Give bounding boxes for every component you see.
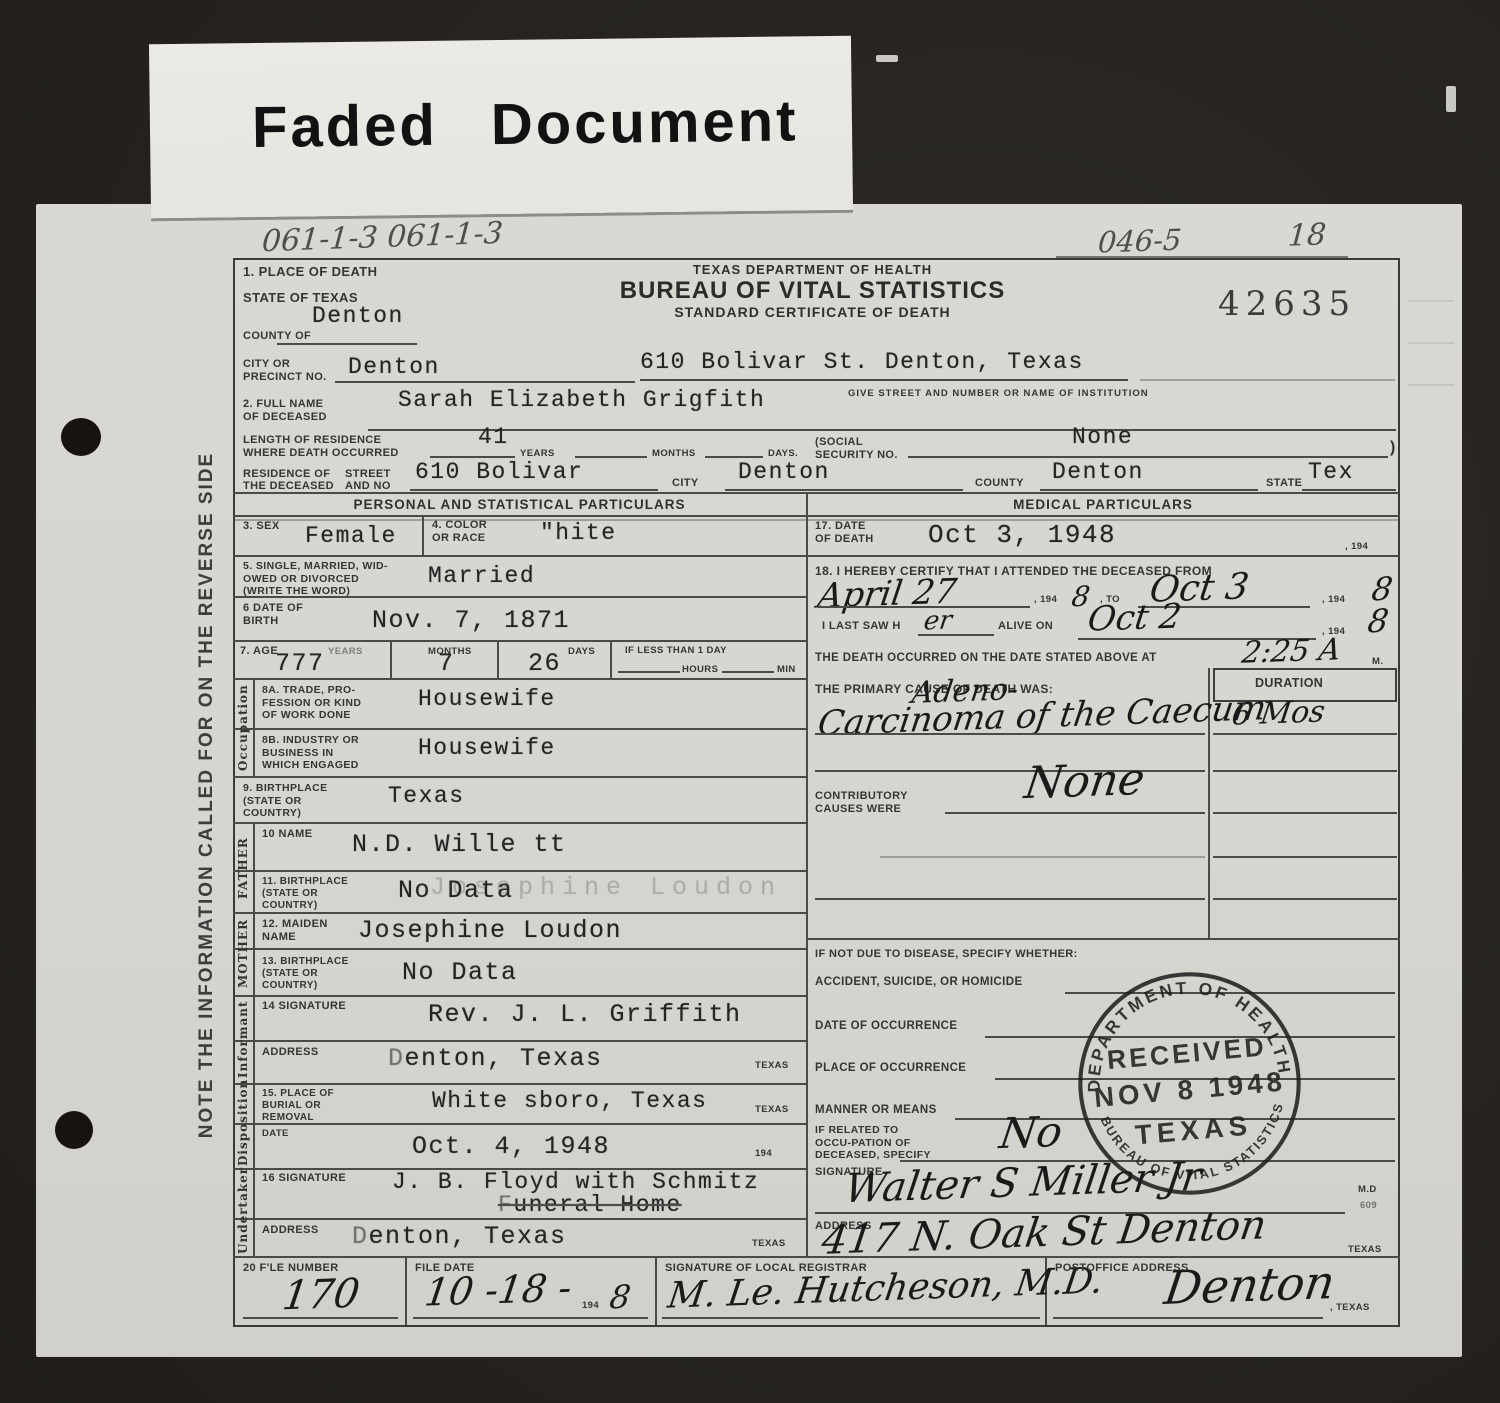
postoffice-value-hw: Denton	[1161, 1255, 1338, 1315]
informant-address-label: ADDRESS	[262, 1046, 319, 1059]
city-value: Denton	[348, 354, 440, 380]
date-of-death-value: Oct 3, 1948	[928, 520, 1116, 550]
occupation-b-value: Housewife	[418, 735, 556, 761]
race-label: 4. COLOR OR RACE	[432, 519, 494, 545]
duration-line	[1213, 856, 1397, 858]
to-194: , 194	[1322, 594, 1345, 605]
stamp-texas-text: TEXAS	[1134, 1109, 1254, 1150]
personal-section-title: PERSONAL AND STATISTICAL PARTICULARS	[233, 497, 806, 512]
residence-street-value: 610 Bolivar	[415, 459, 583, 485]
dept-of-health-title: TEXAS DEPARTMENT OF HEALTH	[590, 262, 1035, 278]
ssn-close-paren: )	[1390, 438, 1396, 457]
row-line	[233, 822, 806, 824]
from-194: , 194	[1034, 594, 1057, 605]
ssn-line	[908, 456, 1388, 458]
sidebar-occupation-label: Occupation	[236, 682, 252, 774]
birthplace-value: Texas	[388, 783, 465, 809]
years-label: YEARS	[520, 448, 555, 459]
hole-punch-top	[61, 418, 101, 456]
faded-document-slip: Faded Document	[149, 36, 853, 219]
sidebar-divider-occupation	[253, 678, 255, 776]
city-precinct-label: CITY OR PRECINCT NO.	[243, 358, 335, 384]
burial-place-value: White sboro, Texas	[432, 1088, 707, 1114]
marital-label: 5. SINGLE, MARRIED, WID-OWED OR DIVORCED…	[243, 560, 391, 598]
undertaker-signature-label: 16 SIGNATURE	[262, 1172, 346, 1185]
undertaker-address-label: ADDRESS	[262, 1224, 319, 1237]
duration-line	[1213, 812, 1397, 814]
date-of-occurrence-label: DATE OF OCCURRENCE	[815, 1020, 957, 1034]
sidebar-undertaker-label: Undertaker	[236, 1170, 252, 1254]
place-of-death-label: 1. PLACE OF DEATH	[243, 264, 377, 280]
cause-line	[815, 733, 1205, 735]
age-label: 7. AGE	[240, 645, 278, 658]
cause-line	[815, 770, 1205, 772]
months-line	[575, 456, 647, 458]
accident-suicide-label: ACCIDENT, SUICIDE, OR HOMICIDE	[815, 976, 1023, 990]
related-occupation-label: IF RELATED TO OCCU-PATION OF DECEASED, S…	[815, 1124, 937, 1162]
length-of-residence-label: LENGTH OF RESIDENCE WHERE DEATH OCCURRED	[243, 434, 423, 460]
sex-value: Female	[305, 523, 397, 549]
row-line	[233, 995, 806, 997]
scan-speck	[876, 55, 898, 62]
related-value-hw: No	[997, 1107, 1066, 1158]
received-stamp: DEPARTMENT OF HEALTH BUREAU OF VITAL STA…	[1051, 945, 1327, 1221]
bleedthrough-line	[1408, 300, 1454, 302]
certificate-header: TEXAS DEPARTMENT OF HEALTH BUREAU OF VIT…	[590, 262, 1035, 321]
date-of-death-194: , 194	[1345, 541, 1368, 552]
file-date-value-hw: 10 -18 -	[422, 1265, 575, 1314]
pencil-annotation-right: 046-5	[1097, 222, 1183, 259]
residence-street-line	[410, 489, 658, 491]
duration-line	[1213, 770, 1397, 772]
certificate-serial-number: 42635	[1218, 284, 1356, 324]
informant-address-value: Denton, Texas	[388, 1044, 603, 1073]
street-hint-label: GIVE STREET AND NUMBER OR NAME OF INSTIT…	[848, 388, 1149, 399]
registrar-line	[662, 1317, 1040, 1319]
sidebar-divider-groups	[253, 822, 255, 1256]
duration-value-hw: 6 Mos	[1230, 694, 1328, 732]
contributory-value-hw: None	[1021, 754, 1148, 809]
occupation-a-label: 8A. TRADE, PRO-FESSION OR KIND OF WORK D…	[262, 684, 374, 722]
occupation-a-value: Housewife	[418, 686, 556, 712]
bureau-title: BUREAU OF VITAL STATISTICS	[590, 278, 1035, 304]
scanned-document-background: NOTE THE INFORMATION CALLED FOR ON THE R…	[0, 0, 1500, 1403]
burial-date-value: Oct. 4, 1948	[412, 1132, 610, 1161]
residence-city-line	[725, 489, 963, 491]
age-years-caption: YEARS	[328, 646, 363, 657]
if-not-disease-label: IF NOT DUE TO DISEASE, SPECIFY WHETHER:	[815, 948, 1078, 961]
city-writing-line	[335, 381, 635, 383]
age-divider3	[610, 640, 612, 678]
from-line	[818, 606, 1030, 608]
dob-value: Nov. 7, 1871	[372, 606, 570, 635]
row-line	[233, 1218, 806, 1220]
sidebar-father-label: FATHER	[236, 826, 252, 910]
row-line	[808, 555, 1400, 557]
residence-county-label: COUNTY	[975, 477, 1024, 490]
pencil-annotation-right2: 18	[1287, 217, 1328, 253]
file-date-line	[413, 1317, 648, 1319]
hours-label: HOURS	[682, 664, 718, 675]
hole-punch-bottom	[55, 1111, 93, 1149]
father-birthplace-value: No Data	[398, 876, 514, 905]
bleedthrough-line	[1408, 384, 1454, 386]
column-divider	[806, 492, 808, 1256]
duration-line	[1213, 733, 1397, 735]
father-name-label: 10 NAME	[262, 828, 312, 841]
age-years-value: 777	[275, 649, 325, 678]
county-of-label: COUNTY OF	[243, 330, 311, 343]
burial-date-label: DATE	[262, 1128, 289, 1139]
row-line	[233, 870, 806, 872]
months-label: MONTHS	[652, 448, 696, 459]
mother-birthplace-label: 13. BIRTHPLACE (STATE OR COUNTRY)	[262, 956, 357, 992]
informant-signature-value: Rev. J. L. Griffith	[428, 1000, 742, 1029]
cause-section-bottom-line	[808, 938, 1400, 940]
death-occurred-label: THE DEATH OCCURRED ON THE DATE STATED AB…	[815, 652, 1157, 666]
row-line	[233, 678, 806, 680]
standard-certificate-title: STANDARD CERTIFICATE OF DEATH	[590, 304, 1035, 321]
years-line	[430, 456, 515, 458]
residence-state-label: STATE	[1266, 477, 1302, 490]
footer-divider1	[405, 1256, 407, 1325]
row-line	[233, 948, 806, 950]
faded-document-title: Faded Document	[252, 92, 799, 157]
street-writing-line	[640, 379, 1128, 381]
full-name-label: 2. FULL NAME OF DECEASED	[243, 398, 335, 424]
death-time-value: 2:25 A	[1240, 632, 1343, 671]
bleedthrough-line	[1408, 342, 1454, 344]
sex-label: 3. SEX	[243, 520, 280, 533]
date-of-death-label: 17. DATE OF DEATH	[815, 520, 885, 546]
sidebar-mother-label: MOTHER	[236, 914, 252, 993]
md-label: M.D	[1358, 1184, 1377, 1195]
race-value: "hite	[540, 520, 617, 546]
file-number-line	[243, 1317, 398, 1319]
if-less-label: IF LESS THAN 1 DAY	[625, 645, 727, 656]
mother-maiden-value: Josephine Loudon	[358, 916, 622, 945]
age-days-value: 26	[528, 649, 561, 678]
band-bottom-line	[233, 515, 1400, 517]
undertaker-address-texas: TEXAS	[752, 1238, 786, 1249]
file-date-194: 194	[582, 1300, 599, 1311]
burial-date-194: 194	[755, 1148, 772, 1159]
postoffice-texas: , TEXAS	[1330, 1302, 1370, 1313]
md-code: 609	[1360, 1200, 1377, 1211]
row-line	[233, 1040, 806, 1042]
row-line	[233, 728, 806, 730]
last-saw-her-hw: er	[922, 605, 954, 636]
last-saw-pre-label: I LAST SAW H	[822, 620, 901, 633]
residence-county-line	[1040, 489, 1258, 491]
place-of-occurrence-label: PLACE OF OCCURRENCE	[815, 1062, 966, 1076]
hours-line	[618, 671, 680, 673]
dob-label: 6 DATE OF BIRTH	[243, 602, 313, 628]
informant-address-texas: TEXAS	[755, 1060, 789, 1071]
medical-section-title: MEDICAL PARTICULARS	[806, 497, 1400, 512]
min-line	[722, 671, 774, 673]
marital-value: Married	[428, 563, 535, 589]
residence-city-label: CITY	[672, 477, 699, 490]
reverse-side-note: NOTE THE INFORMATION CALLED FOR ON THE R…	[196, 452, 218, 1138]
residence-state-value: Tex	[1308, 459, 1354, 485]
street-address-value: 610 Bolivar St. Denton, Texas	[640, 349, 1084, 375]
footer-divider2	[655, 1256, 657, 1325]
name-writing-line	[368, 429, 1396, 431]
mother-birthplace-value: No Data	[402, 958, 518, 987]
sidebar-disposition-label: Disposition	[236, 1085, 252, 1166]
row-line	[233, 640, 806, 642]
row-line	[233, 1083, 806, 1085]
age-divider1	[390, 640, 392, 678]
county-writing-line	[277, 343, 417, 345]
father-birthplace-label: 11. BIRTHPLACE (STATE OR COUNTRY)	[262, 876, 357, 912]
occupation-b-label: 8B. INDUSTRY OR BUSINESS IN WHICH ENGAGE…	[262, 734, 374, 772]
undertaker-address-value: Denton, Texas	[352, 1222, 567, 1251]
row-line	[233, 912, 806, 914]
scan-speck	[1446, 86, 1456, 112]
min-label: MIN	[777, 664, 796, 675]
last-saw-date-value: Oct 2	[1085, 596, 1184, 639]
street-writing-line-cont	[1140, 379, 1395, 381]
residence-county-value: Denton	[1052, 459, 1144, 485]
age-days-caption: DAYS	[568, 646, 595, 657]
manner-or-means-label: MANNER OR MEANS	[815, 1104, 937, 1118]
father-name-value: N.D. Wille tt	[352, 830, 567, 859]
band-top-line	[233, 492, 1400, 494]
row-line	[233, 776, 806, 778]
contributory-label: CONTRIBUTORY CAUSES WERE	[815, 790, 915, 816]
days-label: DAYS.	[768, 448, 798, 459]
sex-race-divider	[422, 515, 424, 555]
contributory-line	[945, 812, 1205, 814]
row-line	[233, 555, 806, 557]
postoffice-line	[1053, 1317, 1323, 1319]
blank-line	[815, 898, 1205, 900]
residence-years-value: 41	[478, 424, 509, 450]
sidebar-informant-label: Informant	[236, 997, 252, 1081]
full-name-value: Sarah Elizabeth Grigfith	[398, 387, 765, 413]
undertaker-signature-value2: Funeral Home	[498, 1192, 682, 1218]
blank-line	[880, 856, 1205, 858]
file-number-value-hw: 170	[280, 1271, 363, 1320]
days-line	[705, 456, 763, 458]
m-suffix-label: M.	[1372, 656, 1383, 667]
mother-maiden-label: 12. MAIDEN NAME	[262, 918, 332, 944]
her-line	[918, 634, 994, 636]
residence-city-value: Denton	[738, 459, 830, 485]
age-divider2	[497, 640, 499, 678]
burial-place-label: 15. PLACE OF BURIAL OR REMOVAL	[262, 1088, 340, 1124]
last-saw-post-label: ALIVE ON	[998, 620, 1053, 633]
burial-place-texas: TEXAS	[755, 1104, 789, 1115]
residence-state-line	[1302, 489, 1396, 491]
birthplace-label: 9. BIRTHPLACE (STATE OR COUNTRY)	[243, 782, 333, 820]
duration-line	[1213, 898, 1397, 900]
county-value: Denton	[312, 303, 404, 329]
footer-top-line	[233, 1256, 1400, 1258]
informant-signature-label: 14 SIGNATURE	[262, 1000, 346, 1013]
age-months-value: 7	[438, 649, 455, 678]
ssn-value: None	[1072, 424, 1133, 450]
physician-address-texas: TEXAS	[1348, 1244, 1382, 1255]
